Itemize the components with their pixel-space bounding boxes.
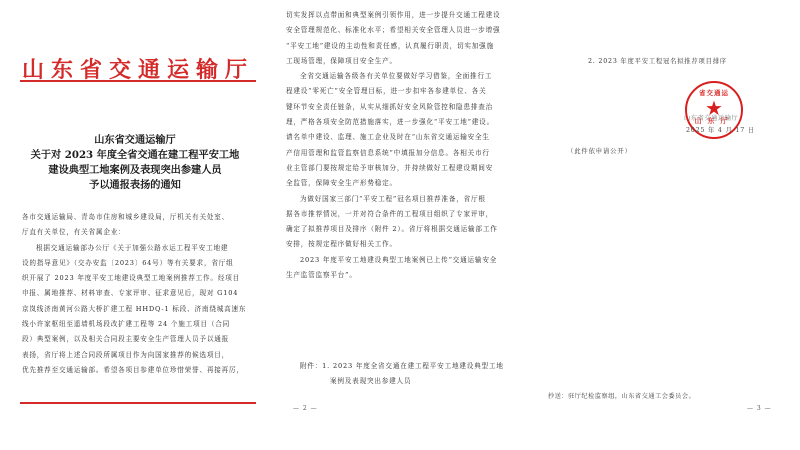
- body-line: 产信用管理和监管监察信息系统”中填报加分信息。各相关市行: [286, 146, 522, 161]
- cc-recipients: 抄送：驻厅纪检监察组，山东省交通工会委员会。: [548, 391, 695, 400]
- body-line: 安全管理规范化、标准化水平；希望相关安全管理人员进一步增强: [286, 23, 522, 38]
- title-line-2: 关于对 2023 年度全省交通在建工程平安工地: [10, 148, 260, 163]
- body-line: 全省交通运输各级各有关单位要做好学习借鉴，全面推行工: [286, 69, 522, 84]
- body-line: 设的指导意见》（交办安监〔2023〕64号）等有关要求，省厅组: [22, 256, 258, 271]
- body-line: 生产监管监察平台”。: [286, 268, 522, 283]
- attachment-item-1-cont: 案例及表现突出参建人员: [300, 374, 504, 389]
- title-line-1: 山东省交通运输厅: [10, 133, 260, 148]
- page1-body: 各市交通运输局、青岛市住房和城乡建设局，厅机关有关处室、 厅直有关单位，有关省属…: [22, 210, 258, 378]
- red-header-rule: [20, 80, 256, 82]
- body-line: 为做好国家三部门“平安工程”冠名项目推荐准备，省厅根: [286, 192, 522, 207]
- page-number-2: — 2 —: [293, 405, 318, 412]
- document-page-3: [534, 0, 800, 450]
- body-line: 业主管部门要按规定给予审核加分，并持续做好工程建设期间安: [286, 161, 522, 176]
- body-line: 确定了拟推荐项目及排序（附件 2）。省厅将根据交通运输部工作: [286, 222, 522, 237]
- attachment-item-1: 附件：1. 2023 年度全省交通在建工程平安工地建设典型工地: [300, 359, 504, 374]
- body-line: 表扬，省厅将上述合同段所属项目作为向国家推荐的候选项目，: [22, 348, 258, 363]
- body-line: 全监管，保障安全生产形势稳定。: [286, 176, 522, 191]
- body-line: 键环节安全责任链条，从实从细抓好安全风险管控和隐患排查治: [286, 100, 522, 115]
- disclosure-note: （此件依申请公开）: [567, 146, 632, 155]
- notice-title: 山东省交通运输厅 关于对 2023 年度全省交通在建工程平安工地 建设典型工地案…: [10, 133, 260, 193]
- body-line: 根据交通运输部办公厅《关于加强公路水运工程平安工地建: [22, 241, 258, 256]
- body-line: 申报、属地推荐、材料审查、专家评审、征求意见后，现对 G104: [22, 286, 258, 301]
- signing-date: 2025 年 4 月 17 日: [686, 125, 755, 134]
- attachment-list: 附件：1. 2023 年度全省交通在建工程平安工地建设典型工地 案例及表现突出参…: [300, 359, 504, 390]
- body-line: 京岚线济南黄河公路大桥扩建工程 HHDQ-1 标段、济南绕城高速东: [22, 302, 258, 317]
- body-line: 段）典型案例，以及相关合同段主要安全生产管理人员予以通报: [22, 332, 258, 347]
- body-line: 切实发挥以点带面和典型案例引领作用，进一步提升交通工程建设: [286, 8, 522, 23]
- addressee-line: 厅直有关单位，有关省属企业：: [22, 225, 258, 240]
- title-line-3: 建设典型工地案例及表现突出参建人员: [10, 163, 260, 178]
- page-number-3: — 3 —: [747, 405, 772, 412]
- body-line: 工现场管理，保障项目安全生产。: [286, 54, 522, 69]
- red-footer-rule: [20, 402, 256, 404]
- page2-body: 切实发挥以点带面和典型案例引领作用，进一步提升交通工程建设 安全管理规范化、标准…: [286, 8, 522, 283]
- body-line: 程建设“零死亡”安全管理目标，进一步扣牢各参建单位、各关: [286, 84, 522, 99]
- masthead-title: 山东省交通运输厅: [20, 58, 256, 82]
- body-line: 据各市推荐情况，一并对符合条件的工程项目组织了专家评审，: [286, 207, 522, 222]
- body-line: 安排，按规定程序做好相关工作。: [286, 237, 522, 252]
- body-line: 织开展了 2023 年度平安工地建设典型工地案例推荐工作。经项目: [22, 271, 258, 286]
- addressee-line: 各市交通运输局、青岛市住房和城乡建设局，厅机关有关处室、: [22, 210, 258, 225]
- body-line: 2023 年度平安工地建设典型工地案例已上传“交通运输安全: [286, 253, 522, 268]
- body-line: 线小许家枢纽至遥墙机场段改扩建工程等 24 个施工项目（合同: [22, 317, 258, 332]
- body-line: 优先推荐至交通运输部。希望各项目参建单位珍惜荣誉、再接再厉，: [22, 363, 258, 378]
- body-line: 理，严格各项安全防范措施落实，进一步强化“平安工地”建设。: [286, 115, 522, 130]
- attachment-item-2: 2. 2023 年度平安工程冠名拟推荐项目排序: [588, 56, 727, 65]
- body-line: “平安工地”建设的主动性和责任感，认真履行职责，切实加强施: [286, 39, 522, 54]
- title-line-4: 予以通报表扬的通知: [10, 178, 260, 193]
- body-line: 请名单中建设、监理、施工企业及时在“山东省交通运输安全生: [286, 130, 522, 145]
